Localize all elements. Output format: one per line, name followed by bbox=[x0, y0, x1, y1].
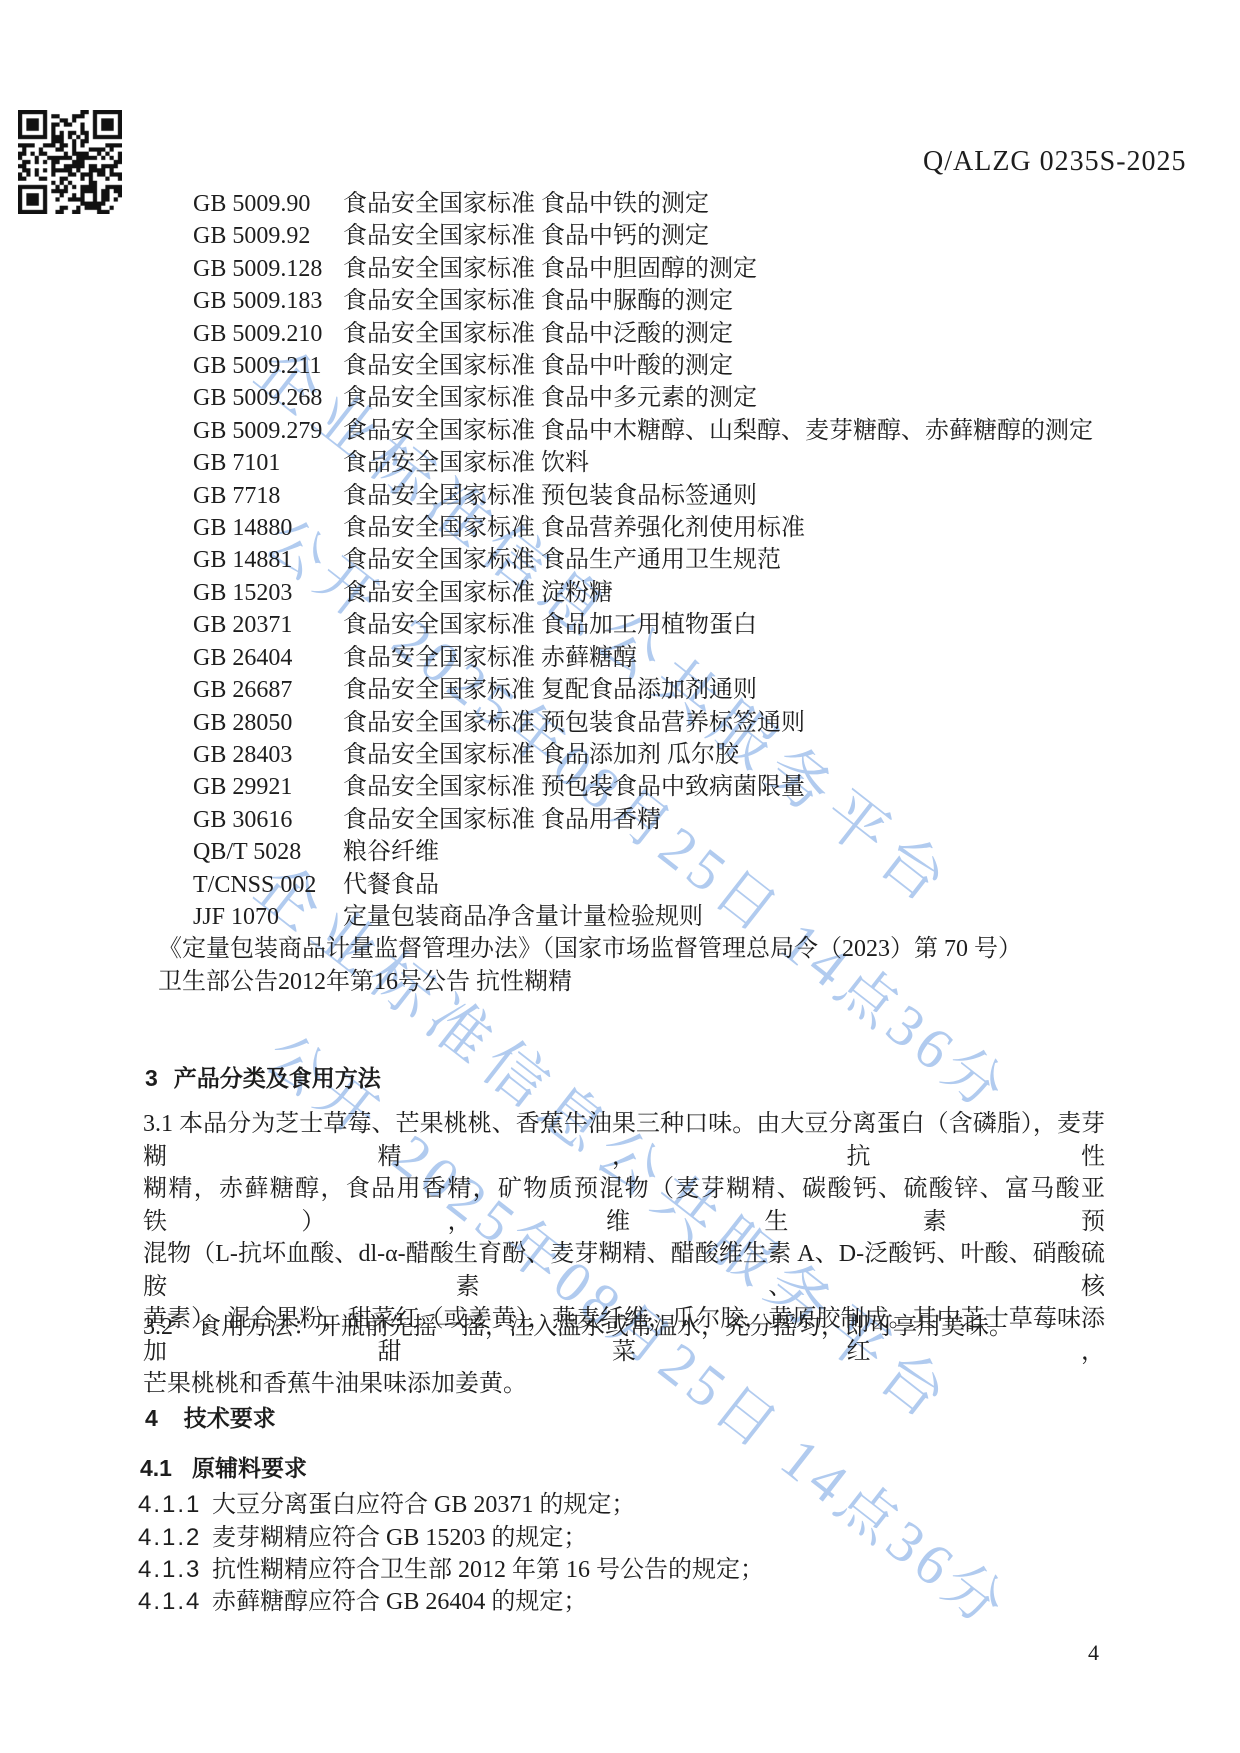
section-3-number: 3 bbox=[145, 1065, 158, 1092]
paragraph-3-1-line: 混物（L-抗坏血酸、dl-α-醋酸生育酚、麦芽糊精、醋酸维生素 A、D-泛酸钙、… bbox=[143, 1238, 1105, 1303]
reference-row: GB 15203食品安全国家标准 淀粉糖 bbox=[193, 577, 1143, 609]
reference-row: GB 7718食品安全国家标准 预包装食品标签通则 bbox=[193, 480, 1143, 512]
requirement-item: 4.1.1大豆分离蛋白应符合 GB 20371 的规定； bbox=[138, 1484, 635, 1519]
reference-row: GB 28403食品安全国家标准 食品添加剂 瓜尔胶 bbox=[193, 739, 1143, 771]
standard-title: 食品安全国家标准 食品中叶酸的测定 bbox=[343, 353, 733, 379]
standard-title: 食品安全国家标准 淀粉糖 bbox=[343, 580, 613, 606]
page-number: 4 bbox=[1088, 1640, 1099, 1666]
requirement-number: 4.1.3 bbox=[138, 1556, 212, 1584]
reference-row: JJF 1070定量包装商品净含量计量检验规则 bbox=[193, 901, 1143, 933]
standard-code: GB 14881 bbox=[193, 544, 343, 576]
reference-row: QB/T 5028粮谷纤维 bbox=[193, 836, 1143, 868]
reference-row: GB 5009.183食品安全国家标准 食品中脲酶的测定 bbox=[193, 285, 1143, 317]
standard-code: GB 5009.211 bbox=[193, 350, 343, 382]
standard-title: 食品安全国家标准 食品中铁的测定 bbox=[343, 191, 709, 217]
reference-row: GB 5009.268食品安全国家标准 食品中多元素的测定 bbox=[193, 382, 1143, 414]
requirement-text: 抗性糊精应符合卫生部 2012 年第 16 号公告的规定； bbox=[212, 1557, 764, 1583]
standard-title: 食品安全国家标准 食品中泛酸的测定 bbox=[343, 321, 733, 347]
qr-code bbox=[18, 110, 122, 214]
requirement-number: 4.1.1 bbox=[138, 1491, 212, 1519]
requirement-text: 麦芽糊精应符合 GB 15203 的规定； bbox=[212, 1525, 587, 1551]
standard-code: GB 7101 bbox=[193, 447, 343, 479]
requirement-number: 4.1.2 bbox=[138, 1524, 212, 1552]
reference-row: GB 5009.128食品安全国家标准 食品中胆固醇的测定 bbox=[193, 253, 1143, 285]
standard-title: 食品安全国家标准 食品营养强化剂使用标准 bbox=[343, 515, 805, 541]
standard-code: QB/T 5028 bbox=[193, 836, 343, 868]
reference-row: GB 5009.210食品安全国家标准 食品中泛酸的测定 bbox=[193, 318, 1143, 350]
section-4-1-heading: 4.1原辅料要求 bbox=[140, 1450, 307, 1483]
standard-title: 食品安全国家标准 食品添加剂 瓜尔胶 bbox=[343, 742, 739, 768]
section-4-title: 技术要求 bbox=[184, 1405, 276, 1431]
standard-code: GB 14880 bbox=[193, 512, 343, 544]
requirement-item: 4.1.2麦芽糊精应符合 GB 15203 的规定； bbox=[138, 1517, 587, 1552]
standard-title: 食品安全国家标准 食品加工用植物蛋白 bbox=[343, 612, 757, 638]
paragraph-3-1: 3.1 本品分为芝士草莓、芒果桃桃、香蕉牛油果三种口味。由大豆分离蛋白（含磷脂）… bbox=[143, 1108, 1105, 1401]
standard-title: 食品安全国家标准 食品用香精 bbox=[343, 807, 661, 833]
reference-row: GB 5009.90食品安全国家标准 食品中铁的测定 bbox=[193, 188, 1143, 220]
standard-code: GB 28403 bbox=[193, 739, 343, 771]
reference-row: GB 28050食品安全国家标准 预包装食品营养标签通则 bbox=[193, 707, 1143, 739]
reference-row: GB 30616食品安全国家标准 食品用香精 bbox=[193, 804, 1143, 836]
reference-row: GB 5009.279食品安全国家标准 食品中木糖醇、山梨醇、麦芽糖醇、赤藓糖醇… bbox=[193, 415, 1143, 447]
standard-code: GB 5009.210 bbox=[193, 318, 343, 350]
reference-row: GB 7101食品安全国家标准 饮料 bbox=[193, 447, 1143, 479]
standard-title: 食品安全国家标准 赤藓糖醇 bbox=[343, 645, 637, 671]
standard-code: GB 5009.183 bbox=[193, 285, 343, 317]
paragraph-3-2-text: 食用方法：开瓶前先摇一摇，注入温水或常温水，充分摇匀，即可享用美味。 bbox=[197, 1314, 1013, 1340]
section-4-1-title: 原辅料要求 bbox=[192, 1455, 307, 1481]
standard-title: 食品安全国家标准 食品中胆固醇的测定 bbox=[343, 256, 757, 282]
standard-title: 食品安全国家标准 预包装食品中致病菌限量 bbox=[343, 774, 805, 800]
standard-code: GB 20371 bbox=[193, 609, 343, 641]
reference-row: GB 5009.92食品安全国家标准 食品中钙的测定 bbox=[193, 220, 1143, 252]
standard-code: GB 26404 bbox=[193, 642, 343, 674]
section-3-title: 产品分类及食用方法 bbox=[174, 1065, 381, 1091]
standard-title: 食品安全国家标准 食品中脲酶的测定 bbox=[343, 288, 733, 314]
standard-code: GB 26687 bbox=[193, 674, 343, 706]
standard-title: 定量包装商品净含量计量检验规则 bbox=[343, 904, 703, 930]
standard-code: GB 5009.128 bbox=[193, 253, 343, 285]
reference-extra-line: 《定量包装商品计量监督管理办法》（国家市场监督管理总局令（2023）第 70 号… bbox=[158, 933, 1143, 965]
standard-code: GB 5009.92 bbox=[193, 220, 343, 252]
standard-title: 食品安全国家标准 食品中多元素的测定 bbox=[343, 385, 757, 411]
paragraph-3-1-line: 芒果桃桃和香蕉牛油果味添加姜黄。 bbox=[143, 1368, 1105, 1401]
standard-title: 食品安全国家标准 食品中木糖醇、山梨醇、麦芽糖醇、赤藓糖醇的测定 bbox=[343, 418, 1093, 444]
standard-code: GB 5009.268 bbox=[193, 382, 343, 414]
requirement-text: 赤藓糖醇应符合 GB 26404 的规定； bbox=[212, 1589, 587, 1615]
standard-code: GB 5009.279 bbox=[193, 415, 343, 447]
standard-code: T/CNSS 002 bbox=[193, 869, 343, 901]
standard-title: 粮谷纤维 bbox=[343, 839, 439, 865]
reference-list: GB 5009.90食品安全国家标准 食品中铁的测定 GB 5009.92食品安… bbox=[193, 188, 1143, 998]
reference-row: GB 26404食品安全国家标准 赤藓糖醇 bbox=[193, 642, 1143, 674]
standard-code: GB 5009.90 bbox=[193, 188, 343, 220]
standard-code: GB 30616 bbox=[193, 804, 343, 836]
section-4-heading: 4技术要求 bbox=[145, 1400, 276, 1433]
section-4-1-number: 4.1 bbox=[140, 1455, 172, 1482]
standard-title: 食品安全国家标准 饮料 bbox=[343, 450, 589, 476]
reference-extra-line: 卫生部公告2012年第16号公告 抗性糊精 bbox=[158, 966, 1143, 998]
standard-code: GB 29921 bbox=[193, 771, 343, 803]
standard-code: GB 15203 bbox=[193, 577, 343, 609]
standard-title: 代餐食品 bbox=[343, 872, 439, 898]
requirement-item: 4.1.3抗性糊精应符合卫生部 2012 年第 16 号公告的规定； bbox=[138, 1549, 764, 1584]
requirement-text: 大豆分离蛋白应符合 GB 20371 的规定； bbox=[212, 1492, 635, 1518]
paragraph-3-1-line: 3.1 本品分为芝士草莓、芒果桃桃、香蕉牛油果三种口味。由大豆分离蛋白（含磷脂）… bbox=[143, 1108, 1105, 1173]
reference-row: GB 29921食品安全国家标准 预包装食品中致病菌限量 bbox=[193, 771, 1143, 803]
doc-number: Q/ALZG 0235S-2025 bbox=[923, 146, 1187, 178]
standard-title: 食品安全国家标准 预包装食品标签通则 bbox=[343, 483, 757, 509]
reference-row: GB 14881食品安全国家标准 食品生产通用卫生规范 bbox=[193, 544, 1143, 576]
standard-title: 食品安全国家标准 复配食品添加剂通则 bbox=[343, 677, 757, 703]
reference-row: T/CNSS 002代餐食品 bbox=[193, 869, 1143, 901]
paragraph-3-2: 3.2食用方法：开瓶前先摇一摇，注入温水或常温水，充分摇匀，即可享用美味。 bbox=[143, 1306, 1013, 1341]
reference-row: GB 20371食品安全国家标准 食品加工用植物蛋白 bbox=[193, 609, 1143, 641]
section-4-number: 4 bbox=[145, 1405, 158, 1432]
standard-title: 食品安全国家标准 食品生产通用卫生规范 bbox=[343, 547, 781, 573]
standard-code: JJF 1070 bbox=[193, 901, 343, 933]
section-3-heading: 3产品分类及食用方法 bbox=[145, 1060, 381, 1093]
requirement-item: 4.1.4赤藓糖醇应符合 GB 26404 的规定； bbox=[138, 1581, 587, 1616]
standard-code: GB 7718 bbox=[193, 480, 343, 512]
standard-code: GB 28050 bbox=[193, 707, 343, 739]
paragraph-3-1-line: 糊精，赤藓糖醇，食品用香精，矿物质预混物（麦芽糊精、碳酸钙、硫酸锌、富马酸亚铁）… bbox=[143, 1173, 1105, 1238]
standard-title: 食品安全国家标准 食品中钙的测定 bbox=[343, 223, 709, 249]
reference-row: GB 14880食品安全国家标准 食品营养强化剂使用标准 bbox=[193, 512, 1143, 544]
document-page: 企业标准信息公共服务平台 公开2025年08月25日 14点36分 企业标准信息… bbox=[0, 0, 1240, 1753]
reference-row: GB 5009.211食品安全国家标准 食品中叶酸的测定 bbox=[193, 350, 1143, 382]
paragraph-3-2-number: 3.2 bbox=[143, 1314, 197, 1341]
standard-title: 食品安全国家标准 预包装食品营养标签通则 bbox=[343, 710, 805, 736]
reference-rows: GB 5009.90食品安全国家标准 食品中铁的测定 GB 5009.92食品安… bbox=[193, 188, 1143, 933]
reference-row: GB 26687食品安全国家标准 复配食品添加剂通则 bbox=[193, 674, 1143, 706]
requirement-number: 4.1.4 bbox=[138, 1588, 212, 1616]
